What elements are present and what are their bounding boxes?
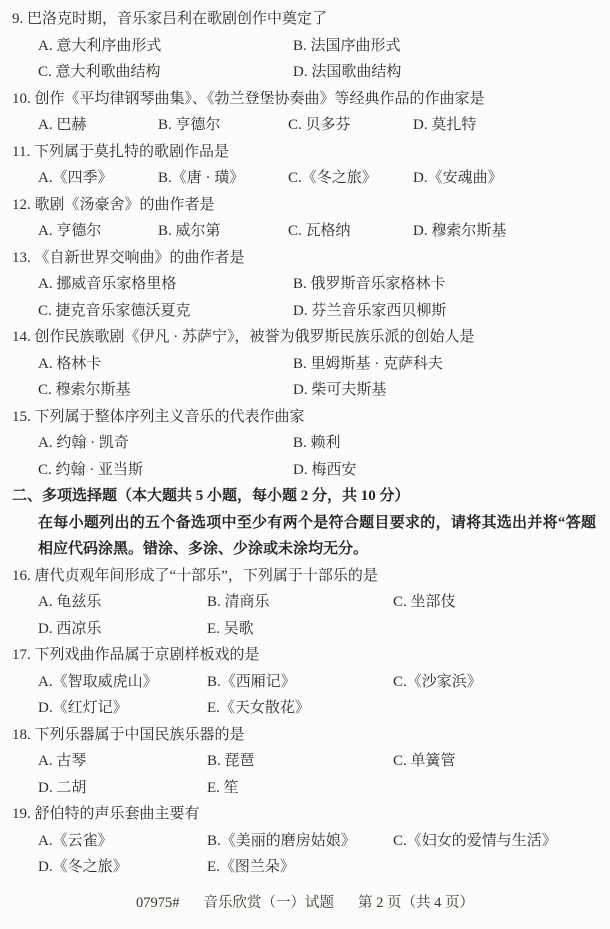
option-row: A. 约翰 · 凯奇B. 赖利 bbox=[0, 430, 610, 457]
option: C. 穆索尔斯基 bbox=[38, 377, 293, 404]
option-row: D. 二胡E. 笙 bbox=[0, 775, 610, 802]
option-row: D.《冬之旅》E.《图兰朵》 bbox=[0, 854, 610, 881]
option: C. 瓦格纳 bbox=[288, 218, 413, 245]
question-stem: 17. 下列戏曲作品属于京剧样板戏的是 bbox=[0, 642, 610, 669]
option-row: A.《云雀》B.《美丽的磨房姑娘》C.《妇女的爱情与生活》 bbox=[0, 828, 610, 855]
option: E. 笙 bbox=[207, 775, 393, 802]
question-block: 19. 舒伯特的声乐套曲主要有A.《云雀》B.《美丽的磨房姑娘》C.《妇女的爱情… bbox=[0, 801, 610, 881]
option: C. 单簧管 bbox=[393, 748, 610, 775]
option: D. 芬兰音乐家西贝柳斯 bbox=[293, 298, 610, 325]
option: A. 格林卡 bbox=[38, 351, 293, 378]
option: C.《妇女的爱情与生活》 bbox=[393, 828, 610, 855]
option: B. 琵琶 bbox=[207, 748, 393, 775]
option: B. 法国序曲形式 bbox=[293, 33, 610, 60]
option-row: A. 挪威音乐家格里格B. 俄罗斯音乐家格林卡 bbox=[0, 271, 610, 298]
option: A. 龟兹乐 bbox=[38, 589, 207, 616]
option: D. 莫扎特 bbox=[413, 112, 610, 139]
option: D. 二胡 bbox=[38, 775, 207, 802]
option: D.《红灯记》 bbox=[38, 695, 207, 722]
option: C. 贝多芬 bbox=[288, 112, 413, 139]
exam-page: 9. 巴洛克时期，音乐家吕利在歌剧创作中奠定了A. 意大利序曲形式B. 法国序曲… bbox=[0, 0, 610, 929]
option: B.《美丽的磨房姑娘》 bbox=[207, 828, 393, 855]
part2-questions: 16. 唐代贞观年间形成了“十部乐”，下列属于十部乐的是A. 龟兹乐B. 清商乐… bbox=[0, 563, 610, 881]
option-row: A. 亨德尔B. 威尔第C. 瓦格纳D. 穆索尔斯基 bbox=[0, 218, 610, 245]
option: A. 亨德尔 bbox=[38, 218, 158, 245]
question-block: 15. 下列属于整体序列主义音乐的代表作曲家A. 约翰 · 凯奇B. 赖利C. … bbox=[0, 404, 610, 484]
question-stem: 12. 歌剧《汤豪舍》的曲作者是 bbox=[0, 192, 610, 219]
question-stem: 10. 创作《平均律钢琴曲集》、《勃兰登堡协奏曲》等经典作品的作曲家是 bbox=[0, 86, 610, 113]
question-stem: 11. 下列属于莫扎特的歌剧作品是 bbox=[0, 139, 610, 166]
question-block: 9. 巴洛克时期，音乐家吕利在歌剧创作中奠定了A. 意大利序曲形式B. 法国序曲… bbox=[0, 6, 610, 86]
option: C. 意大利歌曲结构 bbox=[38, 59, 293, 86]
option-row: C. 穆索尔斯基D. 柴可夫斯基 bbox=[0, 377, 610, 404]
option: D. 柴可夫斯基 bbox=[293, 377, 610, 404]
option: E.《天女散花》 bbox=[207, 695, 393, 722]
option-row: A. 古琴B. 琵琶C. 单簧管 bbox=[0, 748, 610, 775]
footer-paper-code: 07975# bbox=[136, 895, 180, 911]
option: C. 捷克音乐家德沃夏克 bbox=[38, 298, 293, 325]
option: A.《四季》 bbox=[38, 165, 158, 192]
option: B. 赖利 bbox=[293, 430, 610, 457]
section2-instructions-line1: 在每小题列出的五个备选项中至少有两个是符合题目要求的，请将其选出并将“答题纸”的 bbox=[38, 510, 596, 537]
question-stem: 16. 唐代贞观年间形成了“十部乐”，下列属于十部乐的是 bbox=[0, 563, 610, 590]
option-row: A. 格林卡B. 里姆斯基 · 克萨科夫 bbox=[0, 351, 610, 378]
option-row: D.《红灯记》E.《天女散花》 bbox=[0, 695, 610, 722]
question-stem: 13. 《自新世界交响曲》的曲作者是 bbox=[0, 245, 610, 272]
option-row: A. 巴赫B. 亨德尔C. 贝多芬D. 莫扎特 bbox=[0, 112, 610, 139]
question-stem: 19. 舒伯特的声乐套曲主要有 bbox=[0, 801, 610, 828]
option: A. 约翰 · 凯奇 bbox=[38, 430, 293, 457]
option: B. 俄罗斯音乐家格林卡 bbox=[293, 271, 610, 298]
option-row: C. 捷克音乐家德沃夏克D. 芬兰音乐家西贝柳斯 bbox=[0, 298, 610, 325]
option: C.《冬之旅》 bbox=[288, 165, 413, 192]
question-block: 10. 创作《平均律钢琴曲集》、《勃兰登堡协奏曲》等经典作品的作曲家是A. 巴赫… bbox=[0, 86, 610, 139]
question-stem: 9. 巴洛克时期，音乐家吕利在歌剧创作中奠定了 bbox=[0, 6, 610, 33]
question-block: 12. 歌剧《汤豪舍》的曲作者是A. 亨德尔B. 威尔第C. 瓦格纳D. 穆索尔… bbox=[0, 192, 610, 245]
footer-paper-title: 音乐欣赏（一）试题 bbox=[204, 895, 335, 911]
option-row: D. 西凉乐E. 吴歌 bbox=[0, 616, 610, 643]
option: D. 法国歌曲结构 bbox=[293, 59, 610, 86]
option: D.《冬之旅》 bbox=[38, 854, 207, 881]
part1-questions: 9. 巴洛克时期，音乐家吕利在歌剧创作中奠定了A. 意大利序曲形式B. 法国序曲… bbox=[0, 6, 610, 483]
option: B. 里姆斯基 · 克萨科夫 bbox=[293, 351, 610, 378]
question-block: 13. 《自新世界交响曲》的曲作者是A. 挪威音乐家格里格B. 俄罗斯音乐家格林… bbox=[0, 245, 610, 325]
option: A.《云雀》 bbox=[38, 828, 207, 855]
option: C.《沙家浜》 bbox=[393, 669, 610, 696]
page-footer: 07975#音乐欣赏（一）试题第 2 页（共 4 页） bbox=[0, 893, 610, 913]
question-block: 17. 下列戏曲作品属于京剧样板戏的是A.《智取威虎山》B.《西厢记》C.《沙家… bbox=[0, 642, 610, 722]
option-row: A. 意大利序曲形式B. 法国序曲形式 bbox=[0, 33, 610, 60]
option-row: C. 意大利歌曲结构D. 法国歌曲结构 bbox=[0, 59, 610, 86]
option: D.《安魂曲》 bbox=[413, 165, 610, 192]
option-row: C. 约翰 · 亚当斯D. 梅西安 bbox=[0, 457, 610, 484]
option: D. 穆索尔斯基 bbox=[413, 218, 610, 245]
question-stem: 14. 创作民族歌剧《伊凡 · 苏萨宁》，被誉为俄罗斯民族乐派的创始人是 bbox=[0, 324, 610, 351]
section2-title: 二、多项选择题（本大题共 5 小题，每小题 2 分，共 10 分） bbox=[0, 483, 610, 510]
option: B. 清商乐 bbox=[207, 589, 393, 616]
question-block: 16. 唐代贞观年间形成了“十部乐”，下列属于十部乐的是A. 龟兹乐B. 清商乐… bbox=[0, 563, 610, 643]
option: A. 巴赫 bbox=[38, 112, 158, 139]
footer-page-info: 第 2 页（共 4 页） bbox=[358, 895, 474, 911]
option: D. 梅西安 bbox=[293, 457, 610, 484]
option: B. 威尔第 bbox=[158, 218, 288, 245]
question-block: 14. 创作民族歌剧《伊凡 · 苏萨宁》，被誉为俄罗斯民族乐派的创始人是A. 格… bbox=[0, 324, 610, 404]
option: B. 亨德尔 bbox=[158, 112, 288, 139]
option: D. 西凉乐 bbox=[38, 616, 207, 643]
section2-instructions-line2: 相应代码涂黑。错涂、多涂、少涂或未涂均无分。 bbox=[0, 536, 610, 563]
option: C. 坐部伎 bbox=[393, 589, 610, 616]
option: E.《图兰朵》 bbox=[207, 854, 393, 881]
option: A. 意大利序曲形式 bbox=[38, 33, 293, 60]
option: A. 古琴 bbox=[38, 748, 207, 775]
question-block: 18. 下列乐器属于中国民族乐器的是A. 古琴B. 琵琶C. 单簧管D. 二胡E… bbox=[0, 722, 610, 802]
option: B.《唐 · 璜》 bbox=[158, 165, 288, 192]
option: B.《西厢记》 bbox=[207, 669, 393, 696]
option-row: A. 龟兹乐B. 清商乐C. 坐部伎 bbox=[0, 589, 610, 616]
option-row: A.《四季》B.《唐 · 璜》C.《冬之旅》D.《安魂曲》 bbox=[0, 165, 610, 192]
option: C. 约翰 · 亚当斯 bbox=[38, 457, 293, 484]
option: E. 吴歌 bbox=[207, 616, 393, 643]
option-row: A.《智取威虎山》B.《西厢记》C.《沙家浜》 bbox=[0, 669, 610, 696]
exam-content: 9. 巴洛克时期，音乐家吕利在歌剧创作中奠定了A. 意大利序曲形式B. 法国序曲… bbox=[0, 0, 610, 881]
option: A.《智取威虎山》 bbox=[38, 669, 207, 696]
question-stem: 15. 下列属于整体序列主义音乐的代表作曲家 bbox=[0, 404, 610, 431]
option: A. 挪威音乐家格里格 bbox=[38, 271, 293, 298]
question-stem: 18. 下列乐器属于中国民族乐器的是 bbox=[0, 722, 610, 749]
question-block: 11. 下列属于莫扎特的歌剧作品是A.《四季》B.《唐 · 璜》C.《冬之旅》D… bbox=[0, 139, 610, 192]
